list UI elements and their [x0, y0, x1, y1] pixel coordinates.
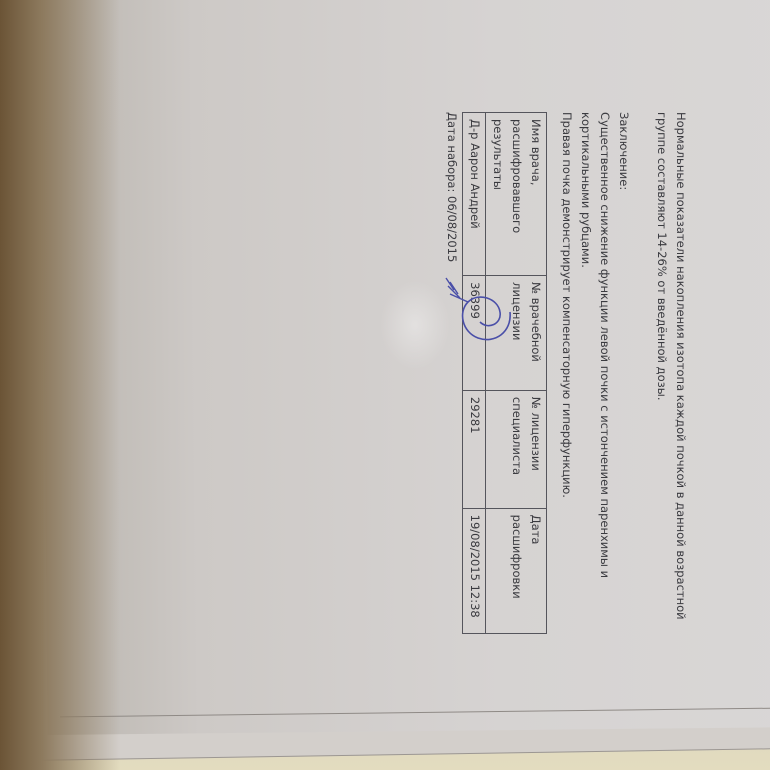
cell-doctor-name: Д-р Аарон Андрей	[463, 113, 486, 276]
header-medical-license: № врачебной лицензии	[486, 276, 547, 391]
collection-date: Дата набора: 06/08/2015	[442, 112, 461, 652]
cell-specialist-license: 29281	[463, 390, 486, 508]
header-decoding-date: Дата расшифровки	[486, 508, 547, 633]
conclusion-heading: Заключение:	[614, 112, 633, 652]
header-specialist-license: № лицензии специалиста	[486, 390, 547, 508]
table-row: Д-р Аарон Андрей 36399 29281 19/08/2015 …	[463, 113, 486, 634]
table-header-row: Имя врача, расшифровавшего результаты № …	[486, 113, 547, 634]
document-content: Нормальные показатели накопления изотопа…	[400, 112, 690, 652]
shadow	[0, 0, 120, 770]
doctor-info-table: Имя врача, расшифровавшего результаты № …	[462, 112, 547, 634]
cell-medical-license: 36399	[463, 276, 486, 391]
header-doctor-name: Имя врача, расшифровавшего результаты	[486, 113, 547, 276]
light-glare	[380, 280, 450, 370]
conclusion-line-1: Существенное снижение функции левой почк…	[576, 112, 614, 652]
conclusion-line-2: Правая почка демонстрирует компенсаторну…	[557, 112, 576, 652]
norms-paragraph: Нормальные показатели накопления изотопа…	[652, 112, 690, 652]
cell-decoding-date: 19/08/2015 12:38	[463, 508, 486, 633]
